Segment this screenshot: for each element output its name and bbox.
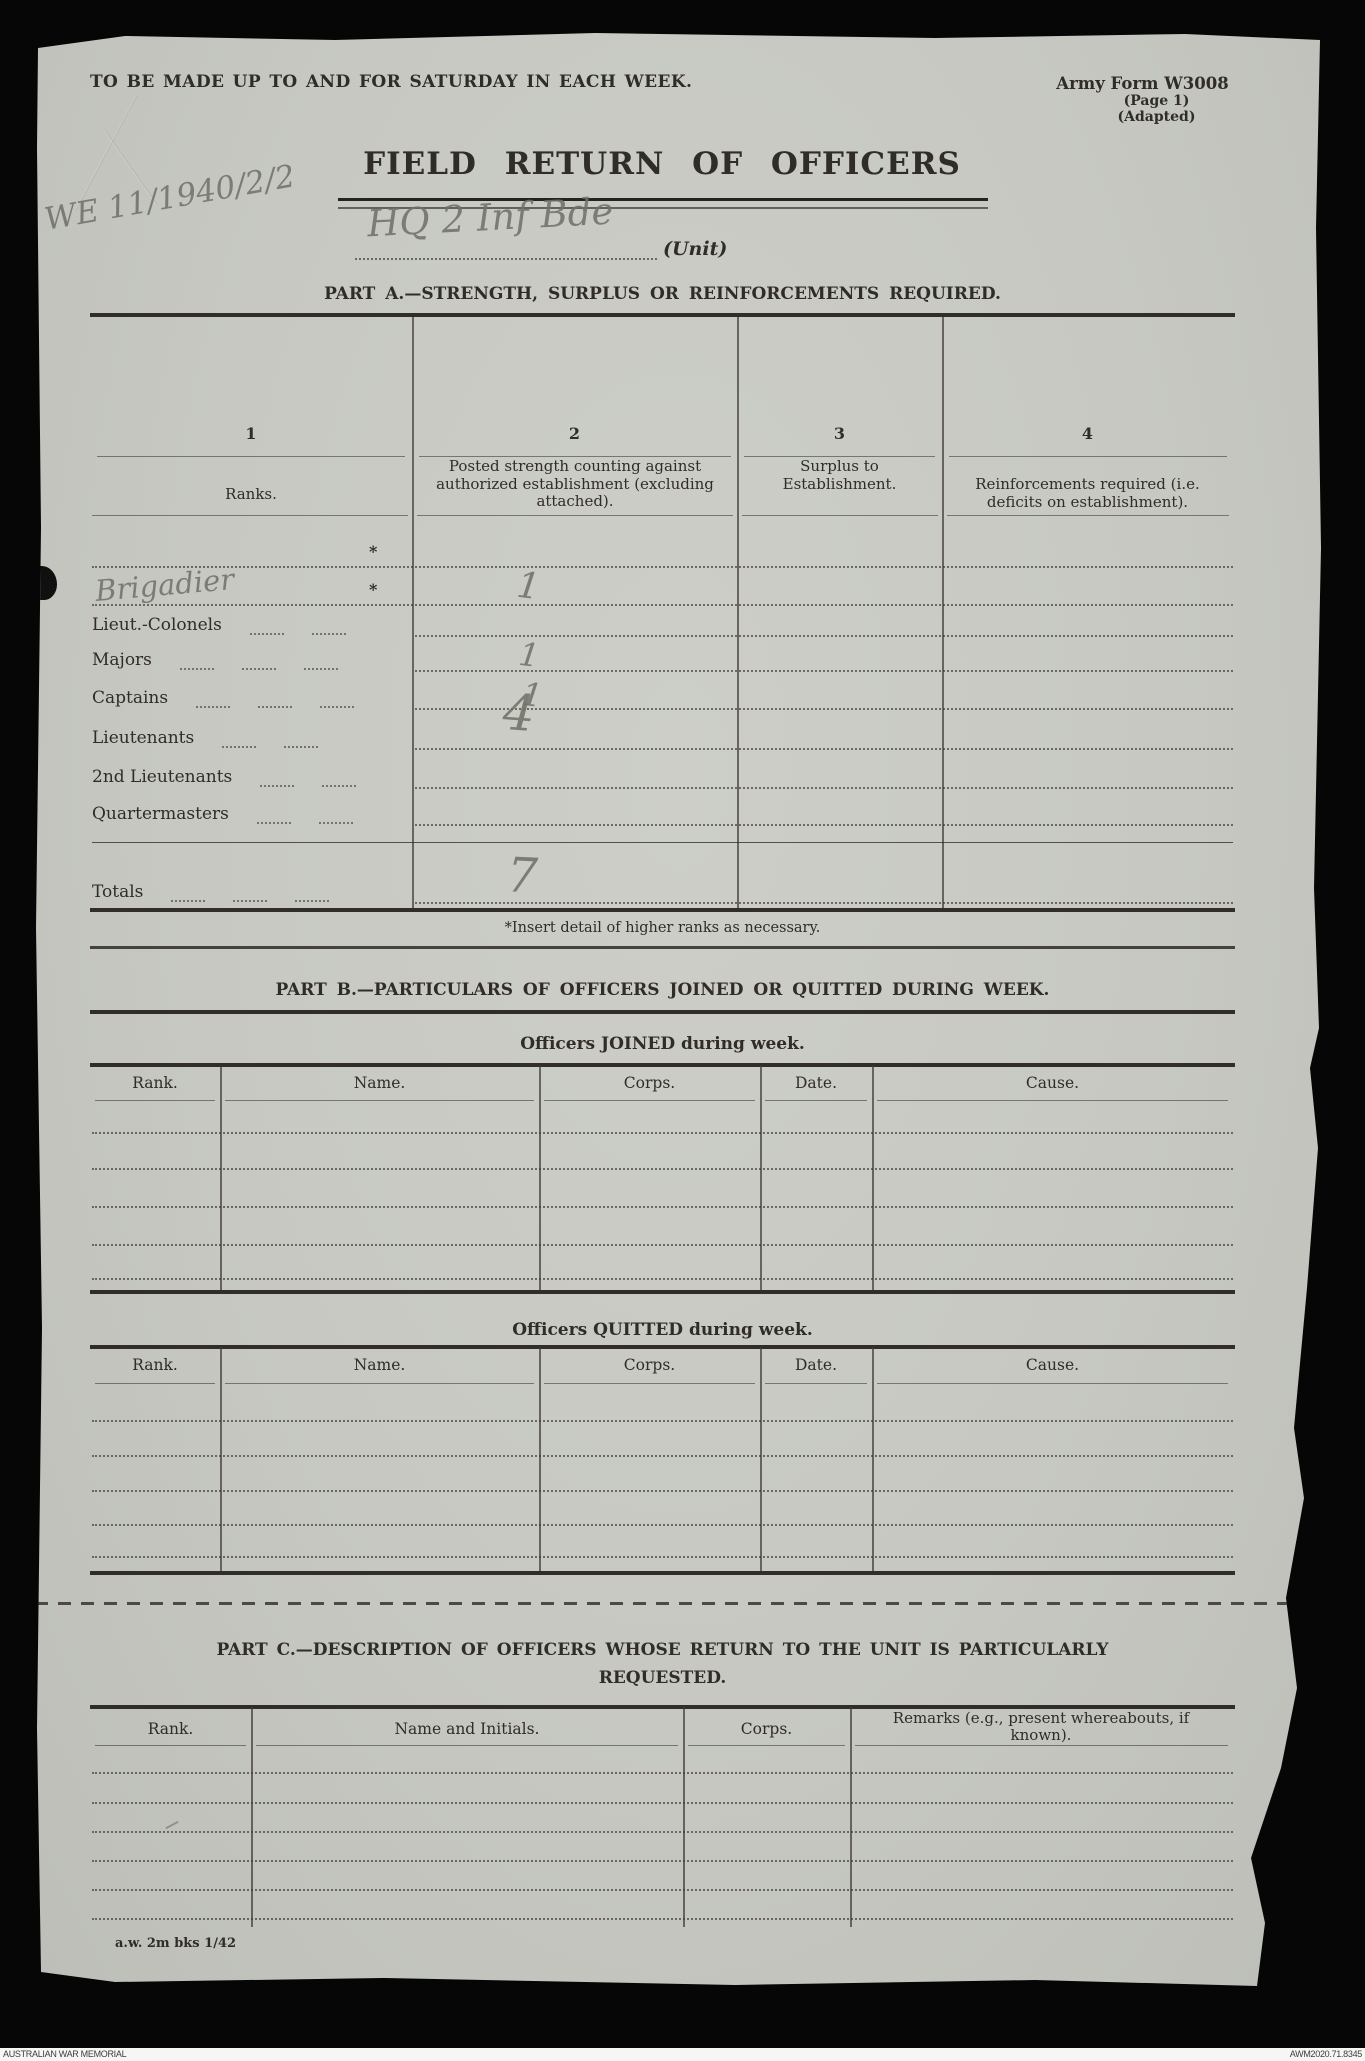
- quitted-row-line: [92, 1490, 1233, 1492]
- totals-row: Totals: [92, 878, 410, 902]
- paper-sheet: TO BE MADE UP TO AND FOR SATURDAY IN EAC…: [35, 28, 1323, 1990]
- quitted-header-underline: [225, 1383, 534, 1384]
- rank-label-lieut-colonels: Lieut.-Colonels: [92, 615, 222, 635]
- quitted-header-underline: [765, 1383, 867, 1384]
- form-page: (Page 1): [1058, 93, 1255, 109]
- totals-separator: [92, 842, 1233, 843]
- pencil-stray-mark: [165, 1821, 178, 1829]
- weekly-instruction: TO BE MADE UP TO AND FOR SATURDAY IN EAC…: [90, 72, 692, 92]
- part-a-row6-line: [415, 748, 1233, 750]
- higher-rank-asterisk-2: *: [369, 580, 377, 599]
- part-c-header-underline: [688, 1745, 845, 1746]
- joined-divider: [539, 1065, 541, 1290]
- joined-col-date: Date.: [760, 1074, 872, 1092]
- form-variant: (Adapted): [1058, 109, 1255, 125]
- part-a-col4-number-underline: [949, 456, 1227, 457]
- part-c-header-underline: [95, 1745, 246, 1746]
- part-a-header-bottom-col4: [947, 515, 1229, 516]
- part-c-heading-line2: REQUESTED.: [90, 1668, 1235, 1688]
- quitted-col-rank: Rank.: [90, 1356, 220, 1374]
- joined-header-underline: [877, 1100, 1228, 1101]
- quitted-col-corps: Corps.: [539, 1356, 760, 1374]
- joined-header-underline: [765, 1100, 867, 1101]
- joined-row-line: [92, 1168, 1233, 1170]
- quitted-col-name: Name.: [220, 1356, 539, 1374]
- dotted-leader: [319, 819, 353, 824]
- quitted-row-line: [92, 1524, 1233, 1526]
- perforation-dashed-line: [35, 1602, 1323, 1605]
- joined-header-underline: [544, 1100, 755, 1101]
- rank-label-quartermasters: Quartermasters: [92, 804, 229, 824]
- rank-handwritten-brigadier: Brigadier: [94, 562, 236, 608]
- joined-col-name: Name.: [220, 1074, 539, 1092]
- part-a-col3-number: 3: [737, 424, 942, 443]
- dotted-leader: [322, 782, 356, 787]
- part-c-divider: [683, 1707, 685, 1927]
- unit-label: (Unit): [663, 238, 727, 260]
- part-a-divider-1: [412, 317, 414, 908]
- totals-posted-value: 7: [506, 847, 539, 905]
- quitted-header-underline: [544, 1383, 755, 1384]
- joined-table-bottom-rule: [90, 1290, 1235, 1294]
- higher-rank-asterisk-1: *: [369, 542, 377, 561]
- part-c-col-remarks: Remarks (e.g., present whereabouts, if k…: [891, 1710, 1191, 1744]
- rank-row-captains: Captains: [92, 684, 410, 708]
- part-c-col-name-initials: Name and Initials.: [251, 1720, 683, 1738]
- ink-blot: [29, 566, 57, 600]
- part-c-row-line: [92, 1889, 1233, 1891]
- part-a-divider-3: [942, 317, 944, 908]
- joined-header-underline: [225, 1100, 534, 1101]
- rank-row-lieutenants: Lieutenants: [92, 724, 410, 748]
- part-c-row-line: [92, 1918, 1233, 1920]
- joined-col-corps: Corps.: [539, 1074, 760, 1092]
- quitted-row-line: [92, 1420, 1233, 1422]
- part-a-bottom-rule: [90, 908, 1235, 912]
- part-c-row-line: [92, 1802, 1233, 1804]
- part-a-col1-header: Ranks.: [90, 486, 412, 504]
- part-a-col4-number: 4: [942, 424, 1233, 443]
- part-c-header-underline: [256, 1745, 678, 1746]
- dotted-leader: [257, 819, 291, 824]
- archive-id: AWM2020.71.8345: [1290, 2049, 1362, 2059]
- rank-row-lieut-colonels: Lieut.-Colonels: [92, 611, 410, 635]
- joined-row-line: [92, 1206, 1233, 1208]
- part-a-footnote: *Insert detail of higher ranks as necess…: [90, 920, 1235, 936]
- archive-footer-bar: AUSTRALIAN WAR MEMORIAL AWM2020.71.8345: [0, 2048, 1365, 2061]
- quitted-col-cause: Cause.: [872, 1356, 1233, 1374]
- part-a-header-bottom-col1: [92, 515, 408, 516]
- part-a-col1-number-underline: [97, 456, 405, 457]
- part-a-top-rule: [90, 313, 1235, 317]
- part-a-closing-rule: [90, 946, 1235, 949]
- part-a-row4-line: [415, 670, 1233, 672]
- joined-col-rank: Rank.: [90, 1074, 220, 1092]
- dotted-leader: [242, 665, 276, 670]
- rank-label-lieutenants: Lieutenants: [92, 728, 194, 748]
- quitted-header-underline: [877, 1383, 1228, 1384]
- quitted-divider: [220, 1347, 222, 1571]
- joined-divider: [220, 1065, 222, 1290]
- unit-entry-line: [355, 258, 657, 260]
- part-c-row-line: [92, 1831, 1233, 1833]
- dotted-leader: [222, 743, 256, 748]
- joined-row-line: [92, 1278, 1233, 1280]
- dotted-leader: [312, 630, 346, 635]
- dotted-leader: [295, 897, 329, 902]
- part-c-row-line: [92, 1772, 1233, 1774]
- part-a-header-bottom-col3: [742, 515, 938, 516]
- officers-joined-title: Officers JOINED during week.: [90, 1034, 1235, 1054]
- archive-name: AUSTRALIAN WAR MEMORIAL: [3, 2049, 126, 2059]
- totals-entry-line: [415, 902, 1233, 904]
- posted-value-lieutenants: 4: [501, 683, 537, 743]
- part-c-heading-line1: PART C.—DESCRIPTION OF OFFICERS WHOSE RE…: [90, 1640, 1235, 1660]
- dotted-leader: [171, 897, 205, 902]
- officers-quitted-title: Officers QUITTED during week.: [90, 1320, 1235, 1340]
- scanned-army-form-page: { "header": { "instruction": "TO BE MADE…: [0, 0, 1365, 2061]
- rank-label-majors: Majors: [92, 650, 152, 670]
- part-a-row7-line: [415, 787, 1233, 789]
- quitted-col-date: Date.: [760, 1356, 872, 1374]
- dotted-leader: [196, 703, 230, 708]
- form-identifier-block: Army Form W3008 (Page 1) (Adapted): [1030, 74, 1255, 125]
- part-a-row1-line: [92, 566, 1233, 568]
- part-a-col2-header: Posted strength counting against authori…: [425, 458, 725, 511]
- joined-divider: [760, 1065, 762, 1290]
- printer-imprint: a.w. 2m bks 1/42: [115, 1936, 236, 1951]
- dotted-leader: [304, 665, 338, 670]
- joined-row-line: [92, 1244, 1233, 1246]
- part-b-heading: PART B.—PARTICULARS OF OFFICERS JOINED O…: [90, 980, 1235, 1000]
- rank-label-captains: Captains: [92, 688, 168, 708]
- dotted-leader: [258, 703, 292, 708]
- totals-label: Totals: [92, 882, 143, 902]
- dotted-leader: [250, 630, 284, 635]
- part-c-row-line: [92, 1860, 1233, 1862]
- quitted-row-line: [92, 1556, 1233, 1558]
- rank-row-2nd-lieutenants: 2nd Lieutenants: [92, 763, 410, 787]
- part-c-divider: [251, 1707, 253, 1927]
- part-a-header-bottom-col2: [417, 515, 733, 516]
- quitted-divider: [760, 1347, 762, 1571]
- part-a-row8-line: [415, 824, 1233, 826]
- quitted-divider: [539, 1347, 541, 1571]
- rank-row-quartermasters: Quartermasters: [92, 800, 410, 824]
- dotted-leader: [233, 897, 267, 902]
- quitted-divider: [872, 1347, 874, 1571]
- joined-row-line: [92, 1132, 1233, 1134]
- rank-row-majors: Majors: [92, 646, 410, 670]
- quitted-row-line: [92, 1455, 1233, 1457]
- part-b-heading-rule: [90, 1010, 1235, 1014]
- dotted-leader: [320, 703, 354, 708]
- part-a-heading: PART A.—STRENGTH, SURPLUS OR REINFORCEME…: [90, 284, 1235, 304]
- part-a-col1-number: 1: [90, 424, 412, 443]
- part-c-header-underline: [855, 1745, 1228, 1746]
- part-a-divider-2: [737, 317, 739, 908]
- rank-label-2nd-lieutenants: 2nd Lieutenants: [92, 767, 232, 787]
- joined-divider: [872, 1065, 874, 1290]
- part-c-col-corps: Corps.: [683, 1720, 850, 1738]
- dotted-leader: [260, 782, 294, 787]
- quitted-table-bottom-rule: [90, 1571, 1235, 1575]
- dotted-leader: [284, 743, 318, 748]
- part-a-row2-line: [92, 604, 1233, 606]
- pencil-reference-annotation: WE 11/1940/2/2: [42, 158, 298, 237]
- part-a-col4-header: Reinforcements required (i.e. deficits o…: [952, 476, 1223, 511]
- joined-table-top-rule: [90, 1063, 1235, 1067]
- form-number: Army Form W3008: [1030, 74, 1255, 93]
- part-a-col3-header: Surplus to Establishment.: [772, 458, 907, 493]
- form-title: FIELD RETURN OF OFFICERS: [342, 146, 982, 182]
- joined-header-underline: [95, 1100, 215, 1101]
- posted-value-brigadier: 1: [515, 565, 543, 608]
- quitted-table-top-rule: [90, 1345, 1235, 1349]
- part-c-col-rank: Rank.: [90, 1720, 251, 1738]
- part-c-divider: [850, 1707, 852, 1927]
- dotted-leader: [180, 665, 214, 670]
- joined-col-cause: Cause.: [872, 1074, 1233, 1092]
- part-a-col2-number: 2: [412, 424, 737, 443]
- quitted-header-underline: [95, 1383, 215, 1384]
